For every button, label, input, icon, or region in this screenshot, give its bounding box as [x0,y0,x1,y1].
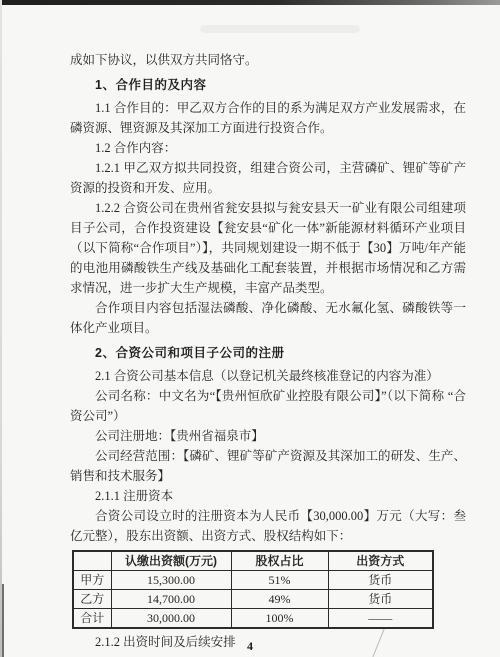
header-amount: 认缴出资额(万元) [111,551,231,571]
table-header-row: 认缴出资额(万元) 股权占比 出资方式 [73,551,433,571]
cell-amount: 14,700.00 [111,590,231,609]
clause-2-1: 2.1 合资公司基本信息（以登记机关最终核准登记的内容为准） [70,366,466,386]
capital-intro-line: 合资公司设立时的注册资本为人民币【30,000.00】万元（大写：叁亿元整），股… [70,506,466,546]
cell-equity: 49% [231,590,328,609]
page-number: 4 [0,639,500,654]
business-scope-line: 公司经营范围：【磷矿、锂矿等矿产资源及其深加工的研发、生产、销售和技术服务】 [70,446,466,486]
section-2-heading: 2、合资公司和项目子公司的注册 [70,343,466,363]
clause-2-1-1: 2.1.1 注册资本 [70,486,466,506]
section-1-heading: 1、合作目的及内容 [70,75,466,95]
scan-top-edge-artifact [0,0,500,5]
clause-1-1: 1.1 合作目的：甲乙双方合作的目的系为满足双方产业发展需求，在磷资源、锂资源及… [70,98,466,138]
cell-party: 乙方 [73,590,111,609]
clause-1-2-1: 1.2.1 甲乙双方拟共同投资，组建合资公司，主营磷矿、锂矿等矿产资源的投资和开… [70,158,466,198]
table-row-party-a: 甲方 15,300.00 51% 货币 [73,571,433,590]
header-party [73,551,111,571]
cell-amount: 30,000.00 [111,609,231,629]
clause-1-2: 1.2 合作内容： [70,138,466,158]
table-row-party-b: 乙方 14,700.00 49% 货币 [73,590,433,609]
cell-equity: 100% [231,609,328,629]
cell-equity: 51% [231,571,328,590]
cell-method: 货币 [328,590,433,609]
header-method: 出资方式 [328,551,433,571]
cell-amount: 15,300.00 [111,571,231,590]
cell-method: 货币 [328,571,433,590]
contract-page-body: 成如下协议，以供双方共同恪守。 1、合作目的及内容 1.1 合作目的：甲乙双方合… [70,50,466,652]
scan-left-edge-artifact [0,0,2,657]
cell-method: —— [328,609,433,629]
clause-1-2-2: 1.2.2 合资公司在贵州省瓮安县拟与瓮安县天一矿业有限公司组建项目子公司，合作… [70,198,466,298]
table-row-total: 合计 30,000.00 100% —— [73,609,433,629]
header-equity: 股权占比 [231,551,328,571]
company-name-line: 公司名称：中文名为“【贵州恒欣矿业控股有限公司】”（以下简称 “合资公司”） [70,386,466,426]
paragraph-intro: 成如下协议，以供双方共同恪守。 [70,50,466,70]
clause-project-scope: 合作项目内容包括湿法磷酸、净化磷酸、无水氟化氢、磷酸铁等一体化产业项目。 [70,298,466,338]
registered-address-line: 公司注册地：【贵州省福泉市】 [70,426,466,446]
capital-contribution-table: 认缴出资额(万元) 股权占比 出资方式 甲方 15,300.00 51% 货币 … [72,550,434,629]
cell-party: 合计 [73,609,111,629]
scan-smudge-artifact [200,25,360,33]
cell-party: 甲方 [73,571,111,590]
